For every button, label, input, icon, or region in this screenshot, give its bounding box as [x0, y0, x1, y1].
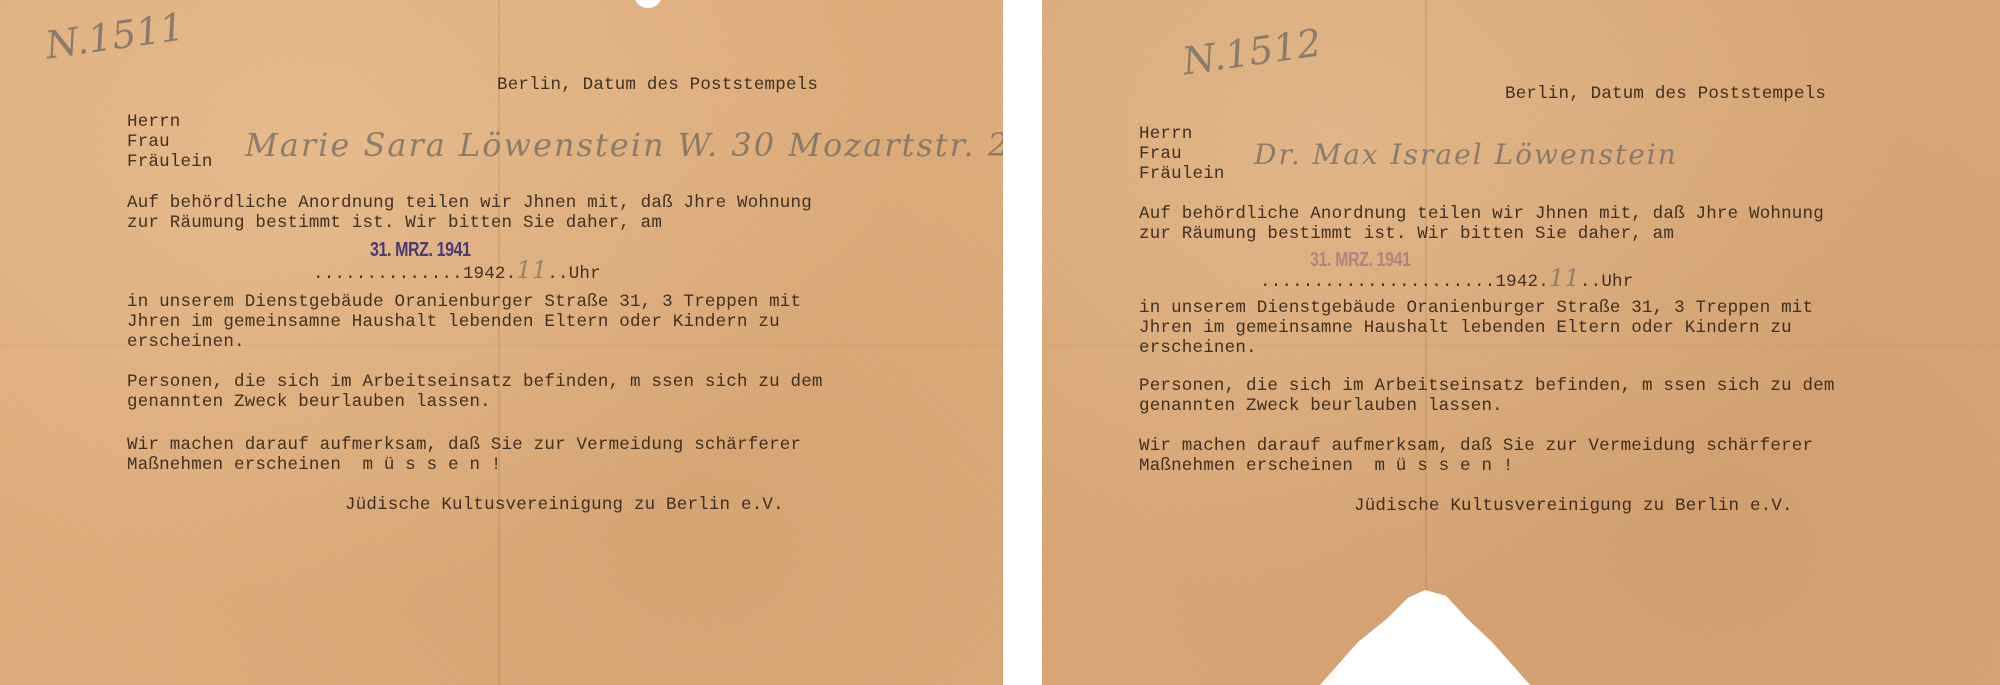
body-line: Personen, die sich im Arbeitseinsatz bef… — [127, 372, 823, 392]
body-line: genannten Zweck beurlauben lassen. — [1139, 396, 1503, 416]
salutation-fraeulein: Fräulein — [127, 152, 213, 172]
body-line: Auf behördliche Anordnung teilen wir Jhn… — [1139, 204, 1824, 224]
body-line: Jhren im gemeinsamne Haushalt lebenden E… — [1139, 318, 1792, 338]
signature: Jüdische Kultusvereinigung zu Berlin e.V… — [345, 495, 784, 515]
document-right: N.1512 Berlin, Datum des Poststempels He… — [1042, 0, 2000, 685]
body-line: Auf behördliche Anordnung teilen wir Jhn… — [127, 193, 812, 213]
salutation-fraeulein: Fräulein — [1139, 164, 1225, 184]
date-dots: ...................... — [1260, 272, 1495, 292]
body-line: in unserem Dienstgebäude Oranienburger S… — [1139, 298, 1813, 318]
date-dots: .............. — [313, 264, 463, 284]
paper-fold — [498, 0, 500, 685]
salutation-herrn: Herrn — [127, 112, 181, 132]
body-line: Personen, die sich im Arbeitseinsatz bef… — [1139, 376, 1835, 396]
archive-number: N.1512 — [1180, 20, 1324, 83]
salutation-herrn: Herrn — [1139, 124, 1193, 144]
archive-number: N.1511 — [43, 4, 187, 67]
recipient-name: Dr. Max Israel Löwenstein — [1254, 138, 1678, 171]
date-suffix: ..Uhr — [547, 264, 601, 284]
date-year: 1942. — [463, 264, 517, 284]
place-date: Berlin, Datum des Poststempels — [1505, 84, 1826, 104]
signature: Jüdische Kultusvereinigung zu Berlin e.V… — [1354, 496, 1793, 516]
hour-handwritten: 11 — [516, 256, 547, 284]
date-year: 1942. — [1495, 272, 1549, 292]
paper-tear — [635, 0, 661, 8]
body-line: zur Räumung bestimmt ist. Wir bitten Sie… — [1139, 224, 1674, 244]
date-line: ..............1942.11..Uhr — [313, 260, 601, 284]
body-line: Wir machen darauf aufmerksam, daß Sie zu… — [127, 435, 801, 455]
hour-handwritten: 11 — [1549, 264, 1580, 292]
body-line: Maßnehmen erscheinen m ü s s e n ! — [1139, 456, 1514, 476]
paper-tear — [1320, 590, 1530, 685]
date-stamp: 31. MRZ. 1941 — [370, 239, 471, 262]
body-line: in unserem Dienstgebäude Oranienburger S… — [127, 292, 801, 312]
body-line: zur Räumung bestimmt ist. Wir bitten Sie… — [127, 213, 662, 233]
date-suffix: ..Uhr — [1580, 272, 1634, 292]
document-left: N.1511 Berlin, Datum des Poststempels He… — [0, 0, 1003, 685]
salutation-frau: Frau — [1139, 144, 1182, 164]
body-line: Jhren im gemeinsamne Haushalt lebenden E… — [127, 312, 780, 332]
place-date: Berlin, Datum des Poststempels — [497, 75, 818, 95]
date-line: ......................1942.11..Uhr — [1260, 268, 1633, 292]
recipient-name: Marie Sara Löwenstein W. 30 Mozartstr. 2… — [245, 126, 1003, 164]
body-line: genannten Zweck beurlauben lassen. — [127, 392, 491, 412]
body-line: Wir machen darauf aufmerksam, daß Sie zu… — [1139, 436, 1813, 456]
body-line: erscheinen. — [1139, 338, 1257, 358]
body-line: erscheinen. — [127, 332, 245, 352]
paper-fold — [1425, 0, 1427, 685]
salutation-frau: Frau — [127, 132, 170, 152]
body-line: Maßnehmen erscheinen m ü s s e n ! — [127, 455, 502, 475]
